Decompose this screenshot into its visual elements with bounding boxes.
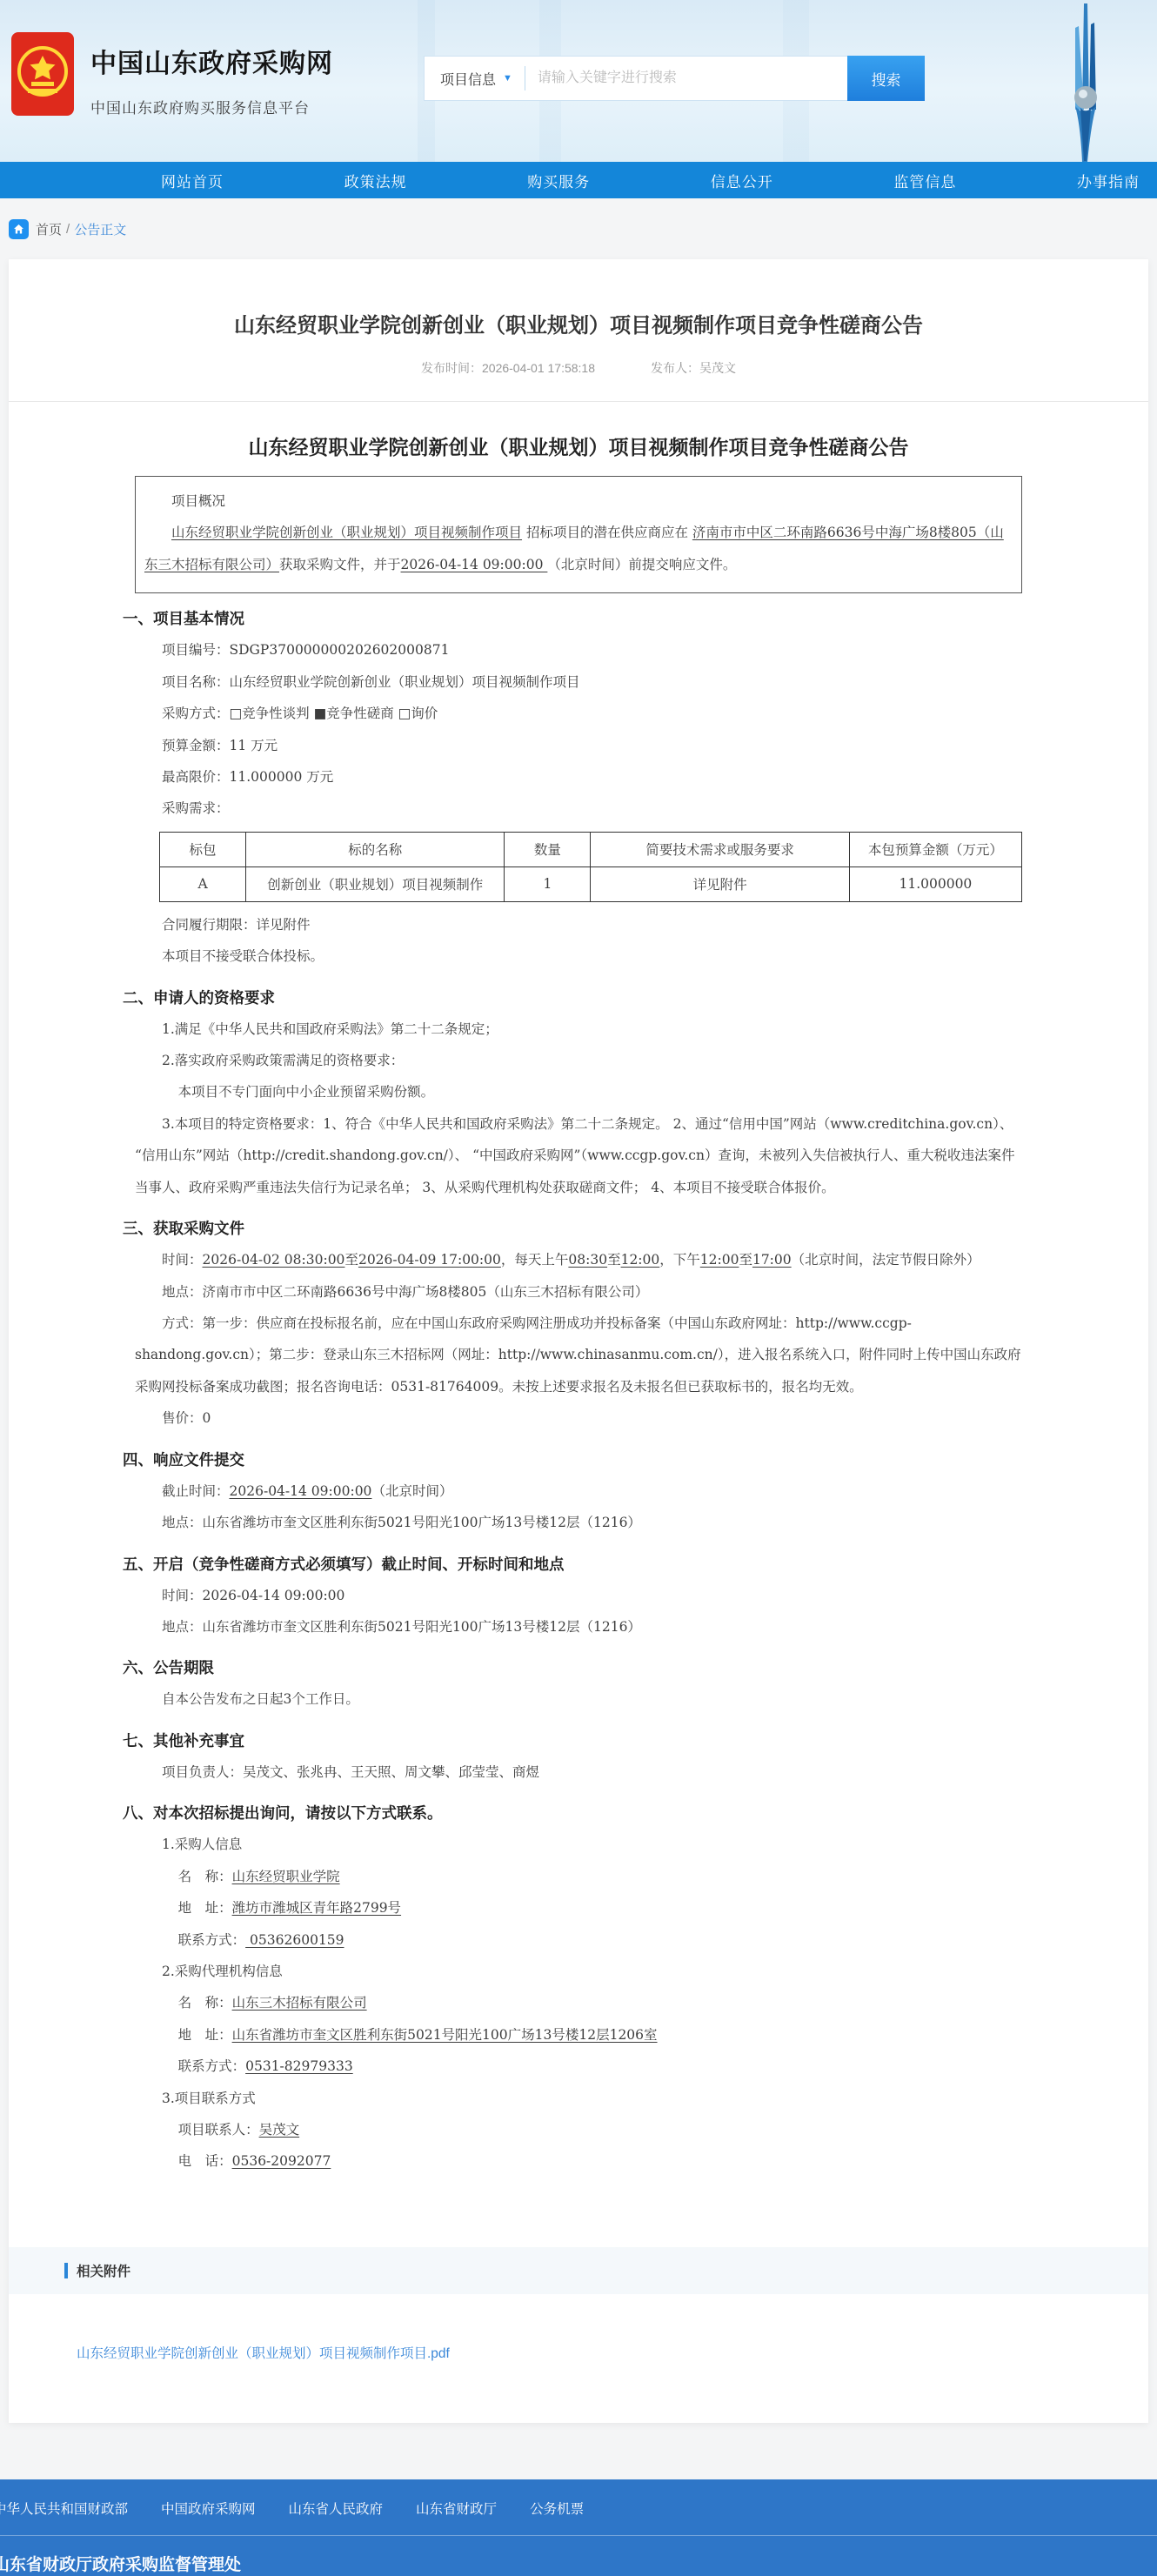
- doc-line: 1.采购人信息: [135, 1829, 1022, 1860]
- doc-line: 1.满足《中华人民共和国政府采购法》第二十二条规定；: [135, 1014, 1022, 1045]
- table-header-cell: 本包预算金额（万元）: [849, 832, 1021, 866]
- doc-line: 2.落实政府采购政策需满足的资格要求：: [135, 1045, 1022, 1076]
- overview-paragraph: 山东经贸职业学院创新创业（职业规划）项目视频制作项目 招标项目的潜在供应商应在 …: [144, 517, 1013, 580]
- breadcrumb-home-link[interactable]: 首页: [36, 220, 62, 238]
- chevron-down-icon: ▼: [503, 73, 512, 84]
- doc-line: 时间：2026-04-14 09:00:00: [135, 1580, 1022, 1611]
- doc-line: 名 称：山东经贸职业学院: [135, 1861, 1022, 1892]
- table-header-cell: 简要技术需求或服务要求: [591, 832, 849, 866]
- publisher: 发布人：吴茂文: [651, 359, 736, 377]
- table-row: A创新创业（职业规划）项目视频制作1详见附件11.000000: [160, 866, 1022, 901]
- document-sections: 一、项目基本情况项目编号：SDGP370000000202602000871项目…: [135, 607, 1022, 2178]
- nav-item-supervision[interactable]: 监管信息: [893, 170, 956, 191]
- doc-line: 地点：济南市市中区二环南路6636号中海广场8楼805（山东三木招标有限公司）: [135, 1276, 1022, 1308]
- footer-divider: [0, 2535, 1157, 2536]
- section-heading: 三、获取采购文件: [123, 1217, 1022, 1239]
- nav-item-home[interactable]: 网站首页: [161, 170, 224, 191]
- section-heading: 七、其他补充事宜: [123, 1730, 1022, 1751]
- footer-link-ccgp[interactable]: 中国政府采购网: [161, 2499, 256, 2518]
- doc-line: 2.采购代理机构信息: [135, 1956, 1022, 1987]
- doc-line: 自本公告发布之日起3个工作日。: [135, 1683, 1022, 1715]
- footer-links: 中华人民共和国财政部 中国政府采购网 山东省人民政府 山东省财政厅 公务机票: [0, 2499, 1157, 2518]
- attachment-pdf-link[interactable]: 山东经贸职业学院创新创业（职业规划）项目视频制作项目.pdf: [77, 2343, 450, 2362]
- announcement-card: 山东经贸职业学院创新创业（职业规划）项目视频制作项目竞争性磋商公告 发布时间：2…: [9, 259, 1148, 2423]
- doc-line: 本项目不接受联合体投标。: [135, 940, 1022, 972]
- title-divider: [9, 401, 1148, 402]
- project-overview-box: 项目概况 山东经贸职业学院创新创业（职业规划）项目视频制作项目 招标项目的潜在供…: [135, 476, 1022, 593]
- doc-line: 地 址：山东省潍坊市奎文区胜利东街5021号阳光100广场13号楼12层1206…: [135, 2019, 1022, 2051]
- doc-line: 联系方式： 05362600159: [135, 1924, 1022, 1956]
- nav-item-guide[interactable]: 办事指南: [1077, 170, 1140, 191]
- overview-heading: 项目概况: [144, 485, 1013, 517]
- publish-meta: 发布时间：2026-04-01 17:58:18 发布人：吴茂文: [9, 359, 1148, 377]
- site-footer: 中华人民共和国财政部 中国政府采购网 山东省人民政府 山东省财政厅 公务机票 山…: [0, 2479, 1157, 2576]
- home-icon: [9, 219, 29, 239]
- doc-line: 截止时间：2026-04-14 09:00:00（北京时间）: [135, 1475, 1022, 1507]
- table-cell: A: [160, 866, 246, 901]
- footer-department: 山东省财政厅政府采购监督管理处: [0, 2552, 1157, 2575]
- nav-item-policy[interactable]: 政策法规: [344, 170, 407, 191]
- table-cell: 1: [505, 866, 591, 901]
- table-cell: 详见附件: [591, 866, 849, 901]
- doc-line: 采购方式：□竞争性谈判 ■竞争性磋商 □询价: [135, 698, 1022, 729]
- page-gap: [0, 2423, 1157, 2479]
- announcement-document: 山东经贸职业学院创新创业（职业规划）项目视频制作项目竞争性磋商公告 项目概况 山…: [135, 432, 1022, 2178]
- table-cell: 11.000000: [849, 866, 1021, 901]
- doc-line: 方式：第一步：供应商在投标报名前，应在中国山东政府采购网注册成功并投标备案（中国…: [135, 1308, 1022, 1402]
- breadcrumb-current: 公告正文: [74, 220, 126, 238]
- doc-line: 预算金额：11 万元: [135, 730, 1022, 761]
- doc-line: 项目编号：SDGP370000000202602000871: [135, 634, 1022, 666]
- attachments-header: 相关附件: [9, 2247, 1148, 2294]
- breadcrumb: 首页 / 公告正文: [0, 198, 1157, 259]
- doc-line: 项目联系人：吴茂文: [135, 2114, 1022, 2145]
- doc-line: 联系方式：0531-82979333: [135, 2051, 1022, 2082]
- doc-line: 名 称：山东三木招标有限公司: [135, 1987, 1022, 2018]
- search-button[interactable]: 搜索: [847, 56, 925, 101]
- search-category-dropdown[interactable]: 项目信息 ▼: [425, 69, 525, 89]
- publish-time: 发布时间：2026-04-01 17:58:18: [421, 359, 595, 377]
- section-heading: 二、申请人的资格要求: [123, 987, 1022, 1008]
- nav-item-info-disclosure[interactable]: 信息公开: [711, 170, 773, 191]
- search-box: 项目信息 ▼ 搜索: [424, 56, 925, 101]
- doc-line: 合同履行期限：详见附件: [135, 909, 1022, 940]
- site-header: 中国山东政府采购网 中国山东政府购买服务信息平台 项目信息 ▼ 搜索: [0, 0, 1157, 162]
- section-heading: 四、响应文件提交: [123, 1449, 1022, 1470]
- attachments-heading: 相关附件: [77, 2261, 130, 2280]
- section-marker-bar: [64, 2263, 68, 2278]
- doc-line: 售价：0: [135, 1402, 1022, 1434]
- section-heading: 五、开启（竞争性磋商方式必须填写）截止时间、开标时间和地点: [123, 1553, 1022, 1575]
- section-heading: 八、对本次招标提出询问，请按以下方式联系。: [123, 1802, 1022, 1823]
- breadcrumb-separator: /: [66, 222, 70, 237]
- doc-line: 3.本项目的特定资格要求：1、符合《中华人民共和国政府采购法》第二十二条规定。 …: [135, 1108, 1022, 1203]
- doc-line: 本项目不专门面向中小企业预留采购份额。: [135, 1076, 1022, 1107]
- doc-line: 3.项目联系方式: [135, 2083, 1022, 2114]
- national-emblem-icon: [10, 31, 75, 121]
- doc-line: 电 话：0536-2092077: [135, 2145, 1022, 2177]
- table-cell: 创新创业（职业规划）项目视频制作: [246, 866, 505, 901]
- footer-link-shandong-gov[interactable]: 山东省人民政府: [289, 2499, 384, 2518]
- page-title: 山东经贸职业学院创新创业（职业规划）项目视频制作项目竞争性磋商公告: [9, 308, 1148, 338]
- doc-line: 地点：山东省潍坊市奎文区胜利东街5021号阳光100广场13号楼12层（1216…: [135, 1611, 1022, 1643]
- table-header-cell: 标的名称: [246, 832, 505, 866]
- brand-block: 中国山东政府采购网 中国山东政府购买服务信息平台: [90, 42, 333, 117]
- section-heading: 六、公告期限: [123, 1656, 1022, 1678]
- nav-item-purchase-service[interactable]: 购买服务: [527, 170, 590, 191]
- site-subtitle: 中国山东政府购买服务信息平台: [90, 96, 333, 117]
- search-input[interactable]: [525, 57, 847, 100]
- footer-link-official-ticket[interactable]: 公务机票: [530, 2499, 584, 2518]
- section-heading: 一、项目基本情况: [123, 607, 1022, 629]
- footer-link-shandong-finance[interactable]: 山东省财政厅: [416, 2499, 497, 2518]
- requirements-table: 标包标的名称数量简要技术需求或服务要求本包预算金额（万元）A创新创业（职业规划）…: [159, 832, 1022, 902]
- footer-link-mof[interactable]: 中华人民共和国财政部: [0, 2499, 128, 2518]
- site-title: 中国山东政府采购网: [90, 42, 333, 80]
- doc-line: 地点：山东省潍坊市奎文区胜利东街5021号阳光100广场13号楼12层（1216…: [135, 1507, 1022, 1538]
- doc-line: 采购需求：: [135, 793, 1022, 824]
- doc-line: 地 址：潍坊市潍城区青年路2799号: [135, 1892, 1022, 1924]
- document-title: 山东经贸职业学院创新创业（职业规划）项目视频制作项目竞争性磋商公告: [135, 432, 1022, 460]
- doc-line: 最高限价：11.000000 万元: [135, 761, 1022, 793]
- doc-line: 时间：2026-04-02 08:30:00至2026-04-09 17:00:…: [135, 1244, 1022, 1275]
- doc-line: 项目名称：山东经贸职业学院创新创业（职业规划）项目视频制作项目: [135, 666, 1022, 698]
- tower-sculpture-graphic: [1049, 3, 1120, 162]
- main-nav: 网站首页 政策法规 购买服务 信息公开 监管信息 办事指南: [0, 162, 1157, 198]
- table-header-cell: 标包: [160, 832, 246, 866]
- search-category-label: 项目信息: [440, 69, 496, 89]
- table-header-cell: 数量: [505, 832, 591, 866]
- doc-line: 项目负责人：吴茂文、张兆冉、王天照、周文攀、邱莹莹、商煜: [135, 1756, 1022, 1788]
